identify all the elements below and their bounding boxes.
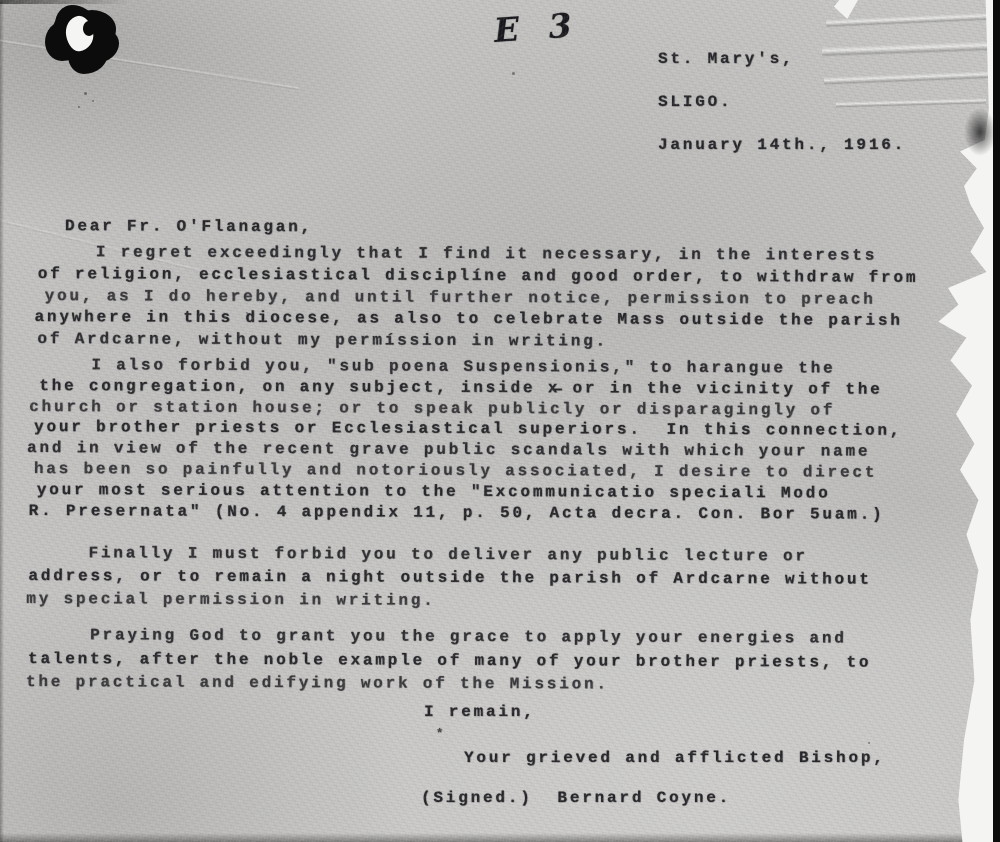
paper-crease <box>0 38 298 90</box>
handwritten-annotation: E 3 <box>493 5 582 50</box>
ink-speck <box>78 106 80 108</box>
punch-hole-bite <box>83 21 95 36</box>
left-edge-shadow <box>0 0 4 842</box>
punch-hole <box>52 8 104 58</box>
letter-line: the practical and edifying work of the M… <box>26 671 917 698</box>
letter-line: Praying God to grant you the grace to ap… <box>90 624 917 651</box>
letter-body: Dear Fr. O'Flanagan, I regret exceedingl… <box>30 214 919 698</box>
letter-line: my special permission in writing. <box>26 588 917 614</box>
ink-speck <box>92 100 94 102</box>
paragraph-2: I also forbid you, "sub poena Suspension… <box>31 355 918 525</box>
signature-line: (Signed.) Bernard Coyne. <box>421 789 731 807</box>
ink-speck <box>548 468 550 470</box>
paragraph-3: Finally I must forbid you to deliver any… <box>30 542 917 614</box>
ink-speck <box>84 92 87 95</box>
bottom-edge-shadow <box>0 833 1000 842</box>
closing-line: I remain, <box>424 703 536 721</box>
paragraph-1: I regret exceedingly that I find it nece… <box>31 242 918 355</box>
letter-line: R. Presernata" (No. 4 appendix 11, p. 50… <box>29 501 918 526</box>
closing-valediction: Your grieved and afflicted Bishop, <box>464 749 886 767</box>
ink-speck <box>868 742 870 744</box>
letterhead-town: SLIGO. <box>658 81 906 124</box>
scan-edge-strip <box>993 0 1000 842</box>
ink-speck <box>246 312 248 314</box>
edge-smudge <box>964 108 996 156</box>
closing-mark: * <box>436 727 446 741</box>
ink-speck <box>512 72 515 75</box>
paper-crease <box>826 12 994 27</box>
salutation: Dear Fr. O'Flanagan, <box>65 214 919 242</box>
letter-line: of Ardcarne, without my permíssion in wr… <box>37 329 918 355</box>
letterhead-address: St. Mary's, <box>658 38 906 81</box>
paragraph-4: Praying God to grant you the grace to ap… <box>30 624 917 698</box>
scanned-letter-page: E 3 St. Mary's, SLIGO. January 14th., 19… <box>0 0 1000 842</box>
ink-speck <box>430 680 432 682</box>
top-edge-shadow <box>0 0 130 4</box>
letterhead-date: January 14th., 1916. <box>658 124 906 167</box>
torn-notch <box>834 0 858 19</box>
letterhead: St. Mary's, SLIGO. January 14th., 1916. <box>658 38 906 167</box>
